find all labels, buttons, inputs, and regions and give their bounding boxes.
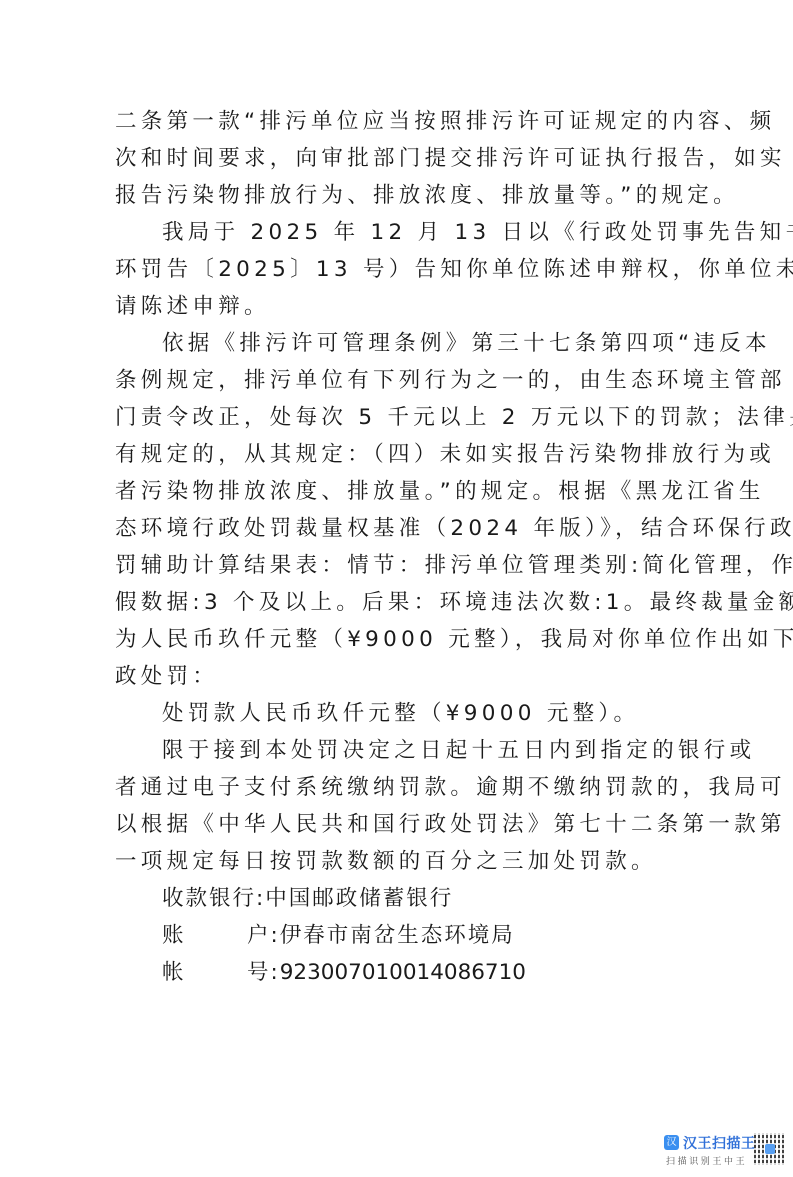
hanwang-logo-icon: 汉 (664, 1135, 679, 1150)
text-line: 者通过电子支付系统缴纳罚款。逾期不缴纳罚款的，我局可 (115, 769, 675, 806)
bank-label: 收款银行: (162, 880, 265, 917)
account-number-row: 帐 号: 923007010014086710 (115, 954, 675, 991)
text-line: 者污染物排放浓度、排放量。”的规定。根据《黑龙江省生 (115, 473, 675, 510)
account-name-row: 账 户: 伊春市南岔生态环境局 (115, 917, 675, 954)
text-line: 次和时间要求，向审批部门提交排污许可证执行报告，如实 (115, 140, 675, 177)
text-line: 报告污染物排放行为、排放浓度、排放量等。”的规定。 (115, 177, 675, 214)
text-line: 罚辅助计算结果表：情节：排污单位管理类别:简化管理，作 (115, 547, 675, 584)
scanner-watermark: 汉 汉王扫描王 扫描识别王中王 (664, 1133, 789, 1171)
account-name-label-a: 账 (162, 917, 192, 954)
account-number-label-a: 帐 (162, 954, 192, 991)
text-line: 假数据:3 个及以上。后果：环境违法次数:1。最终裁量金额 (115, 584, 675, 621)
text-line: 环罚告〔2025〕13 号）告知你单位陈述申辩权，你单位未申 (115, 251, 675, 288)
penalty-line: 处罚款人民币玖仟元整（¥9000 元整）。 (115, 695, 675, 732)
text-line: 二条第一款“排污单位应当按照排污许可证规定的内容、频 (115, 103, 675, 140)
qr-code-icon (754, 1133, 786, 1165)
bank-value: 中国邮政储蓄银行 (265, 880, 453, 917)
text-line: 为人民币玖仟元整（¥9000 元整），我局对你单位作出如下行 (115, 621, 675, 658)
text-line: 态环境行政处罚裁量权基准（2024 年版）》，结合环保行政处 (115, 510, 675, 547)
text-line: 条例规定，排污单位有下列行为之一的，由生态环境主管部 (115, 362, 675, 399)
account-name-value: 伊春市南岔生态环境局 (280, 917, 515, 954)
text-line: 政处罚： (115, 658, 675, 695)
text-line: 门责令改正，处每次 5 千元以上 2 万元以下的罚款；法律另 (115, 399, 675, 436)
account-name-label-b: 户: (247, 917, 280, 954)
watermark-subtitle: 扫描识别王中王 (666, 1154, 747, 1167)
account-number-label-b: 号: (247, 954, 280, 991)
bank-row: 收款银行: 中国邮政储蓄银行 (115, 880, 675, 917)
qr-center-logo-icon (765, 1144, 775, 1154)
text-line: 限于接到本处罚决定之日起十五日内到指定的银行或 (115, 732, 675, 769)
text-line: 我局于 2025 年 12 月 13 日以《行政处罚事先告知书》伊 (115, 214, 675, 251)
text-line: 依据《排污许可管理条例》第三十七条第四项“违反本 (115, 325, 675, 362)
text-line: 以根据《中华人民共和国行政处罚法》第七十二条第一款第 (115, 806, 675, 843)
text-line: 一项规定每日按罚款数额的百分之三加处罚款。 (115, 843, 675, 880)
document-page: 二条第一款“排污单位应当按照排污许可证规定的内容、频 次和时间要求，向审批部门提… (115, 103, 675, 991)
watermark-title: 汉王扫描王 (683, 1133, 756, 1153)
account-number-value: 923007010014086710 (280, 954, 526, 991)
text-line: 请陈述申辩。 (115, 288, 675, 325)
text-line: 有规定的，从其规定：（四）未如实报告污染物排放行为或 (115, 436, 675, 473)
